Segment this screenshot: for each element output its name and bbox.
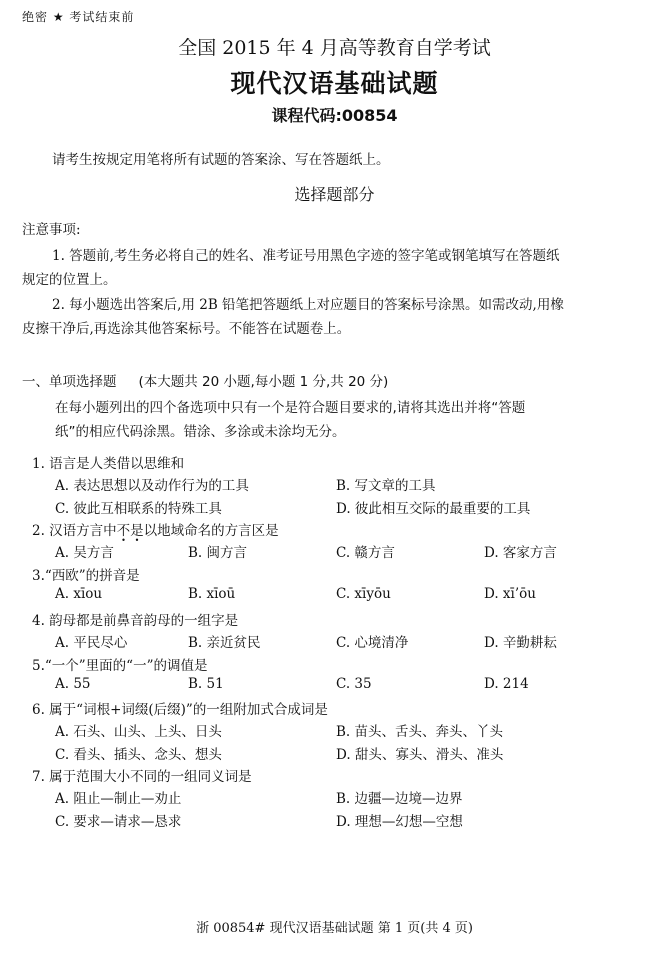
question-2-option-c: C. 赣方言: [336, 541, 395, 561]
part-title: 选择题部分: [0, 182, 669, 205]
question-5-stem: 5.“一个”里面的“一”的调值是: [32, 654, 208, 674]
question-5-option-d: D. 214: [484, 676, 529, 692]
question-5-option-a: A. 55: [55, 676, 91, 692]
page-footer: 浙 00854# 现代汉语基础试题 第 1 页(共 4 页): [0, 917, 669, 936]
question-2-option-b: B. 闽方言: [188, 541, 247, 561]
section-title: 一、单项选择题: [22, 374, 117, 390]
question-7-stem: 7. 属于范围大小不同的一组同义词是: [32, 765, 252, 785]
question-3-option-b: B. xīoū: [188, 586, 235, 602]
question-6-option-d: D. 甜头、寡头、滑头、准头: [336, 743, 503, 763]
question-3-option-a: A. xīou: [55, 586, 102, 602]
question-1-option-a: A. 表达思想以及动作行为的工具: [55, 474, 249, 494]
question-1-stem: 1. 语言是人类借以思维和: [32, 452, 184, 472]
question-7-option-b: B. 边疆—边境—边界: [336, 787, 463, 807]
question-1-option-b: B. 写文章的工具: [336, 474, 436, 494]
question-1-option-c: C. 彼此互相联系的特殊工具: [55, 497, 222, 517]
question-7-option-c: C. 要求—请求—恳求: [55, 810, 181, 830]
question-4-option-d: D. 辛勤耕耘: [484, 631, 557, 651]
question-6-option-b: B. 苗头、舌头、奔头、丫头: [336, 720, 503, 740]
note-2-line-1: 2. 每小题选出答案后,用 2B 铅笔把答题纸上对应题目的答案标号涂黑。如需改动…: [52, 293, 564, 313]
question-7-option-d: D. 理想—幻想—空想: [336, 810, 463, 830]
emphasis-mark: 不: [117, 523, 131, 539]
notes-heading: 注意事项:: [22, 218, 81, 238]
question-6-option-a: A. 石头、山头、上头、日头: [55, 720, 222, 740]
question-4-stem: 4. 韵母都是前鼻音韵母的一组字是: [32, 609, 238, 629]
emphasis-mark: 是: [130, 523, 144, 539]
question-5-option-c: C. 35: [336, 676, 372, 692]
question-3-stem: 3.“西欧”的拼音是: [32, 564, 140, 584]
question-3-option-c: C. xīyōu: [336, 586, 391, 602]
section-heading: 一、单项选择题(本大题共 20 小题,每小题 1 分,共 20 分): [22, 370, 388, 390]
question-4-option-c: C. 心境清净: [336, 631, 408, 651]
question-7-option-a: A. 阻止—制止—劝止: [55, 787, 181, 807]
question-6-stem: 6. 属于“词根+词缀(后缀)”的一组附加式合成词是: [32, 698, 328, 718]
question-5-option-b: B. 51: [188, 676, 224, 692]
question-2-stem: 2. 汉语方言中不是以地域命名的方言区是: [32, 519, 279, 539]
question-4-option-b: B. 亲近贫民: [188, 631, 261, 651]
course-code: 课程代码:00854: [0, 103, 669, 126]
note-1-line-2: 规定的位置上。: [22, 268, 117, 288]
exam-title: 全国 2015 年 4 月高等教育自学考试: [0, 33, 669, 60]
confidential-label: 绝密 ★ 考试结束前: [22, 8, 134, 25]
question-2-option-d: D. 客家方言: [484, 541, 557, 561]
question-2-option-a: A. 吴方言: [55, 541, 114, 561]
general-instruction: 请考生按规定用笔将所有试题的答案涂、写在答题纸上。: [52, 148, 390, 168]
subject-title: 现代汉语基础试题: [0, 64, 669, 100]
question-3-option-d: D. xī’ōu: [484, 586, 536, 602]
section-scoring: (本大题共 20 小题,每小题 1 分,共 20 分): [139, 374, 389, 390]
note-1-line-1: 1. 答题前,考生务必将自己的姓名、准考证号用黑色字迹的签字笔或钢笔填写在答题纸: [52, 244, 559, 264]
section-desc-line-1: 在每小题列出的四个备选项中只有一个是符合题目要求的,请将其选出并将“答题: [55, 396, 525, 416]
question-6-option-c: C. 看头、插头、念头、想头: [55, 743, 222, 763]
section-desc-line-2: 纸”的相应代码涂黑。错涂、多涂或未涂均无分。: [55, 420, 346, 440]
note-2-line-2: 皮擦干净后,再选涂其他答案标号。不能答在试题卷上。: [22, 317, 350, 337]
question-4-option-a: A. 平民尽心: [55, 631, 127, 651]
question-1-option-d: D. 彼此相互交际的最重要的工具: [336, 497, 530, 517]
